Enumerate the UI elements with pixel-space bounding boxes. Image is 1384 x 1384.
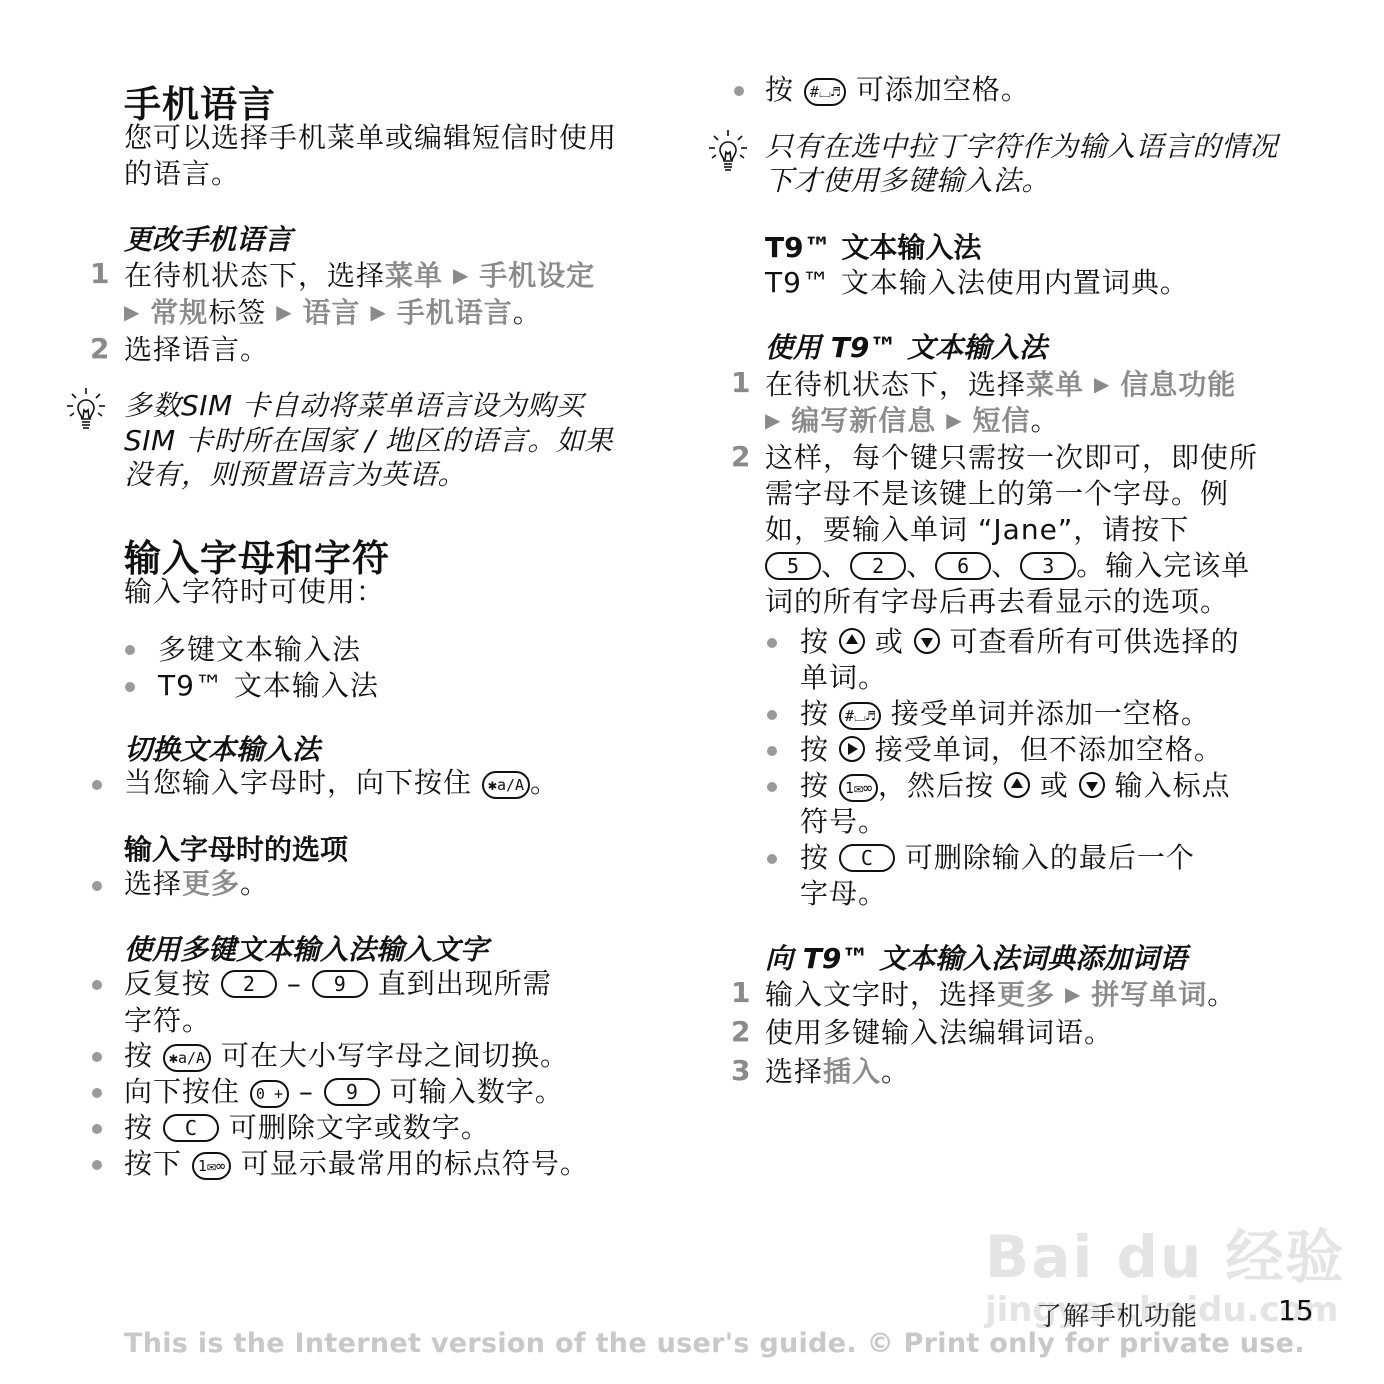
key-9-icon: 9 [312,970,368,998]
tip-line1: 只有在选中拉丁字符作为输入语言的情况 [765,130,1278,164]
tip-line3: 没有，则预置语言为英语。 [124,458,466,492]
bullet [767,854,777,864]
bullet [767,782,777,792]
menu-path-phone-settings: 手机设定 [479,259,595,292]
menu-path-more: 更多 [997,978,1055,1011]
disclaimer-text: This is the Internet version of the user… [124,1328,1305,1359]
add-word-step3: 选择插入。 [765,1054,910,1090]
t9-step2-line2: 需字母不是该键上的第一个字母。例 [765,476,1229,512]
key-1-voicemail-icon: 1✉∞ [192,1152,231,1180]
arrow-right-icon: ▶ [453,263,469,287]
menu-path-language: 语言 [303,296,361,329]
key-5-icon: 5 [765,552,821,580]
bullet [125,645,135,655]
intro-text-line2: 的语言。 [124,156,240,192]
hash-space-key-icon: #⌴♬ [804,78,846,106]
switch-method-text: 当您输入字母时，向下按住 ✱a/A。 [124,765,559,801]
bullet [92,1052,102,1062]
step1-line2: ▶ 常规标签 ▶ 语言 ▶ 手机语言。 [124,294,542,331]
t9-step1-line2: ▶ 编写新信息 ▶ 短信。 [765,402,1060,439]
t9-step2-line3: 如，要输入单词 “Jane”，请按下 [765,512,1189,548]
bullet [767,710,777,720]
arrow-right-icon: ▶ [276,300,292,324]
step-number: 1 [90,257,109,290]
intro-text-line1: 您可以选择手机菜单或编辑短信时使用 [124,120,617,156]
bullet [92,1160,102,1170]
tip-line2: 下才使用多键输入法。 [765,164,1050,198]
nav-up-icon [839,628,865,654]
multitap-bullet2: 按 ✱a/A 可在大小写字母之间切换。 [124,1038,569,1074]
multitap-bullet4: 按 C 可删除文字或数字。 [124,1110,490,1146]
bullet [767,638,777,648]
subsection-title-input-options: 输入字母时的选项 [124,828,348,868]
multitap-bullet1: 反复按 2 – 9 直到出现所需 [124,966,552,1002]
subsection-title-add-word: 向 T9™ 文本输入法词典添加词语 [765,937,1187,977]
key-3-icon: 3 [1020,552,1076,580]
t9-bullet1: 按 或 可查看所有可供选择的 [800,624,1240,660]
bullet [92,980,102,990]
add-space-text: 按 #⌴♬ 可添加空格。 [765,72,1030,108]
t9-bullet3: 按 接受单词，但不添加空格。 [800,732,1223,768]
subsection-title-multitap: 使用多键文本输入法输入文字 [124,928,488,968]
key-9-icon: 9 [324,1078,380,1106]
subsection-title-t9: T9™ 文本输入法 [765,226,981,266]
menu-path-messaging: 信息功能 [1120,368,1236,401]
bullet [125,682,135,692]
t9-bullet5: 按 C 可删除输入的最后一个 [800,840,1195,876]
tip-line1: 多数SIM 卡自动将菜单语言设为购买 [124,389,584,423]
lightbulb-icon [706,128,750,178]
step-number: 1 [731,976,750,1009]
bullet [92,1124,102,1134]
menu-path-sms: 短信 [973,404,1031,437]
step-number: 2 [90,332,109,365]
add-word-step1: 输入文字时，选择更多 ▶ 拼写单词。 [765,976,1236,1013]
arrow-right-icon: ▶ [765,408,781,432]
t9-bullet4-line2: 符号。 [800,804,887,840]
menu-path-phone-language: 手机语言 [397,296,513,329]
multitap-bullet5: 按下 1✉∞ 可显示最常用的标点符号。 [124,1146,589,1182]
menu-path-write-new: 编写新信息 [791,404,936,437]
t9-bullet5-line2: 字母。 [800,876,887,912]
t9-intro: T9™ 文本输入法使用内置词典。 [765,265,1189,301]
options-text: 选择更多。 [124,866,269,902]
nav-up-icon [1004,772,1030,798]
arrow-right-icon: ▶ [370,300,386,324]
tab-text: 标签 [208,296,266,329]
star-case-key-icon: ✱a/A [163,1044,211,1072]
step1-line1: 在待机状态下，选择菜单 ▶ 手机设定 [124,257,595,294]
menu-path-more: 更多 [182,867,240,900]
t9-bullet2: 按 #⌴♬ 接受单词并添加一空格。 [800,696,1210,732]
step-number: 3 [731,1054,750,1087]
bullet [734,86,744,96]
multitap-bullet3: 向下按住 0 + – 9 可输入数字。 [124,1074,564,1110]
nav-right-icon [839,736,865,762]
key-0-plus-icon: 0 + [250,1080,289,1108]
bullet [92,1088,102,1098]
key-2-icon: 2 [850,552,906,580]
bullet [767,746,777,756]
subsection-title-change-language: 更改手机语言 [124,218,292,258]
hash-space-key-icon: #⌴♬ [839,702,881,730]
t9-bullet1-line2: 单词。 [800,660,887,696]
nav-down-icon [1079,772,1105,798]
subsection-title-switch-method: 切换文本输入法 [124,728,320,768]
arrow-right-icon: ▶ [946,408,962,432]
star-case-key-icon: ✱a/A [482,771,530,799]
page-number: 15 [1278,1294,1314,1327]
menu-path-insert: 插入 [823,1055,881,1088]
t9-bullet4: 按 1✉∞，然后按 或 输入标点 [800,768,1231,804]
bullet [92,780,102,790]
step2-text: 选择语言。 [124,332,269,368]
menu-path-spell-word: 拼写单词 [1091,978,1207,1011]
arrow-right-icon: ▶ [124,300,140,324]
tip-line2: SIM 卡时所在国家 / 地区的语言。如果 [124,424,613,458]
arrow-right-icon: ▶ [1065,982,1081,1006]
t9-step1-line1: 在待机状态下，选择菜单 ▶ 信息功能 [765,366,1236,403]
menu-path-menu: 菜单 [1026,368,1084,401]
key-1-voicemail-icon: 1✉∞ [839,774,878,802]
step-number: 2 [731,440,750,473]
multitap-bullet1-line2: 字符。 [124,1003,211,1039]
method-item-multitap: 多键文本输入法 [158,632,361,668]
t9-step2-line5: 词的所有字母后再去看显示的选项。 [765,584,1229,620]
method-item-t9: T9™ 文本输入法 [158,668,379,704]
step-number: 1 [731,366,750,399]
key-2-icon: 2 [221,970,277,998]
clear-key-icon: C [839,844,895,872]
subsection-title-use-t9: 使用 T9™ 文本输入法 [765,326,1047,366]
menu-path-menu: 菜单 [385,259,443,292]
key-6-icon: 6 [935,552,991,580]
clear-key-icon: C [163,1114,219,1142]
t9-step2-line1: 这样，每个键只需按一次即可，即使所 [765,440,1258,476]
add-word-step2: 使用多键输入法编辑词语。 [765,1015,1113,1051]
section2-intro: 输入字符时可使用： [124,574,385,610]
lightbulb-icon [64,386,108,436]
t9-step2-line4: 5、2、6、3。输入完该单 [765,548,1250,584]
nav-down-icon [914,628,940,654]
step-text: 在待机状态下，选择 [124,259,385,292]
bullet [92,881,102,891]
menu-path-general: 常规 [150,296,208,329]
baidu-watermark-logo: Bai du 经验 [985,1210,1345,1294]
step-number: 2 [731,1015,750,1048]
arrow-right-icon: ▶ [1094,372,1110,396]
